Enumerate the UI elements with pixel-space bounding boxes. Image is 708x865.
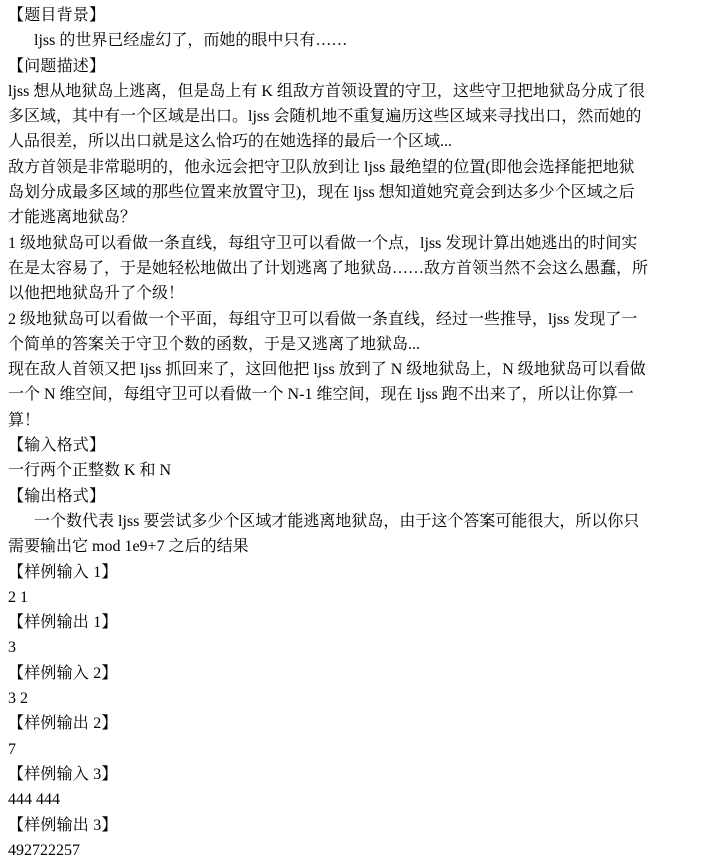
problem-line: 才能逃离地狱岛？: [8, 205, 702, 230]
sample-output-1-value: 3: [8, 635, 702, 660]
problem-line: ljss 想从地狱岛上逃离，但是岛上有 K 组敌方首领设置的守卫，这些守卫把地狱…: [8, 79, 702, 104]
problem-line: 以他把地狱岛升了个级！: [8, 281, 702, 306]
heading-sample-output-2: 【样例输出 2】: [8, 711, 702, 736]
background-content: ljss 的世界已经虚幻了，而她的眼中只有……: [8, 28, 702, 53]
problem-line: 个简单的答案关于守卫个数的函数，于是又逃离了地狱岛...: [8, 332, 702, 357]
problem-line: 在是太容易了，于是她轻松地做出了计划逃离了地狱岛……敌方首领当然不会这么愚蠢，所: [8, 256, 702, 281]
problem-line: 一个 N 维空间，每组守卫可以看做一个 N-1 维空间，现在 ljss 跑不出来…: [8, 382, 702, 407]
problem-line: 2 级地狱岛可以看做一个平面，每组守卫可以看做一条直线，经过一些推导，ljss …: [8, 307, 702, 332]
sample-input-1-value: 2 1: [8, 585, 702, 610]
output-format-line: 一个数代表 ljss 要尝试多少个区域才能逃离地狱岛，由于这个答案可能很大，所以…: [8, 509, 702, 534]
problem-line: 算！: [8, 408, 702, 433]
output-format-line: 需要输出它 mod 1e9+7 之后的结果: [8, 534, 702, 559]
heading-background: 【题目背景】: [8, 3, 702, 28]
heading-sample-output-1: 【样例输出 1】: [8, 610, 702, 635]
problem-line: 现在敌人首领又把 ljss 抓回来了，这回他把 ljss 放到了 N 级地狱岛上…: [8, 357, 702, 382]
input-format-content: 一行两个正整数 K 和 N: [8, 458, 702, 483]
sample-output-3-value: 492722257: [8, 838, 702, 863]
sample-input-3-value: 444 444: [8, 787, 702, 812]
heading-sample-input-1: 【样例输入 1】: [8, 560, 702, 585]
sample-input-2-value: 3 2: [8, 686, 702, 711]
heading-sample-input-2: 【样例输入 2】: [8, 661, 702, 686]
heading-input-format: 【输入格式】: [8, 433, 702, 458]
problem-line: 多区域，其中有一个区域是出口。ljss 会随机地不重复遍历这些区域来寻找出口，然…: [8, 104, 702, 129]
problem-statement-document: 【题目背景】 ljss 的世界已经虚幻了，而她的眼中只有…… 【问题描述】 lj…: [0, 0, 708, 863]
problem-line: 岛划分成最多区域的那些位置来放置守卫)，现在 ljss 想知道她究竟会到达多少个…: [8, 180, 702, 205]
heading-output-format: 【输出格式】: [8, 484, 702, 509]
heading-problem-description: 【问题描述】: [8, 54, 702, 79]
heading-sample-input-3: 【样例输入 3】: [8, 762, 702, 787]
heading-sample-output-3: 【样例输出 3】: [8, 813, 702, 838]
sample-output-2-value: 7: [8, 737, 702, 762]
problem-line: 敌方首领是非常聪明的，他永远会把守卫队放到让 ljss 最绝望的位置(即他会选择…: [8, 155, 702, 180]
problem-line: 1 级地狱岛可以看做一条直线，每组守卫可以看做一个点，ljss 发现计算出她逃出…: [8, 231, 702, 256]
problem-line: 人品很差，所以出口就是这么恰巧的在她选择的最后一个区域...: [8, 129, 702, 154]
